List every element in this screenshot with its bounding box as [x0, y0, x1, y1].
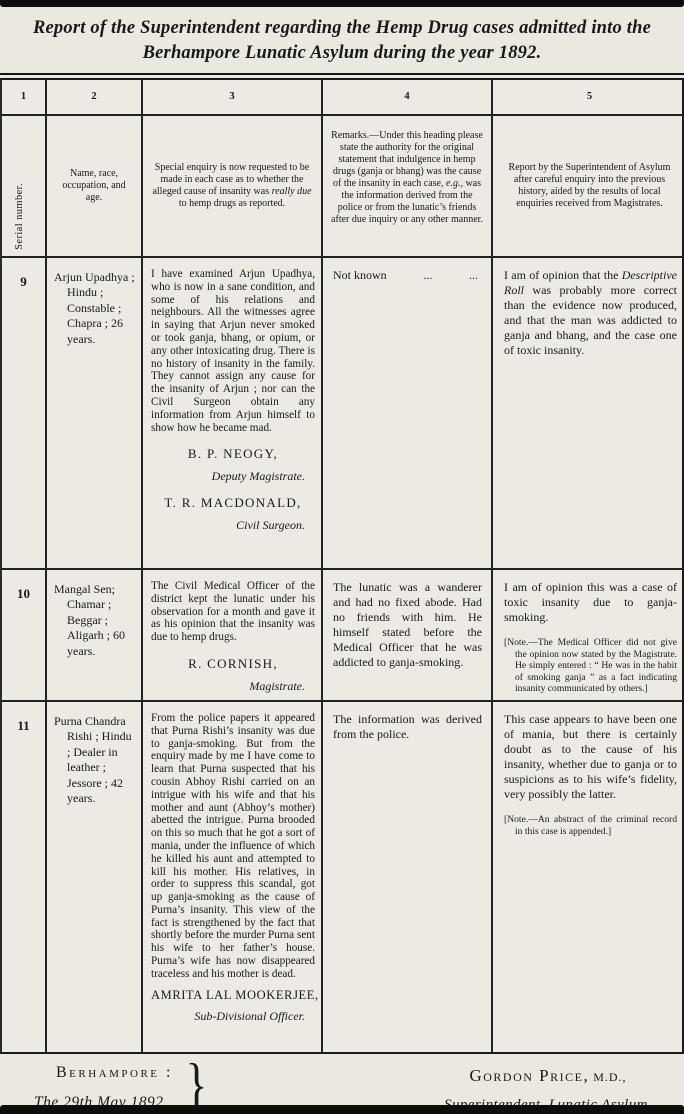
report-note: [Note.—An abstract of the criminal recor…	[504, 814, 677, 837]
report-title: Report of the Superintendent regarding t…	[24, 16, 660, 66]
serial-cell-11: 11	[2, 702, 47, 1052]
document-page: Report of the Superintendent regarding t…	[0, 0, 684, 1114]
remarks-cell-10: The lunatic was a wanderer and had no fi…	[323, 570, 493, 702]
serial-cell-10: 10	[2, 570, 47, 702]
report-note: [Note.—The Medical Officer did not give …	[504, 637, 677, 695]
signature-block: B. P. NEOGY, Deputy Magistrate. T. R. MA…	[151, 448, 315, 531]
signature-block: R. CORNISH, Magistrate.	[151, 658, 315, 693]
header-special-enquiry: Special enquiry is now requested to be m…	[143, 116, 323, 258]
column-number-4: 4	[323, 80, 493, 116]
remarks-text: The information was derived from the pol…	[333, 712, 482, 742]
report-text: I am of opinion this was a case of toxic…	[504, 580, 677, 625]
signature-name: B. P. NEOGY,	[151, 448, 315, 461]
scan-top-edge	[0, 0, 684, 7]
signature-title: Deputy Magistrate.	[151, 470, 315, 483]
serial-number-vertical-label: Serial number.	[14, 183, 25, 250]
remarks-cell-11: The information was derived from the pol…	[323, 702, 493, 1052]
scan-bottom-edge	[0, 1105, 684, 1114]
column-number-2: 2	[47, 80, 143, 116]
report-cell-10: I am of opinion this was a case of toxic…	[493, 570, 684, 702]
enquiry-text: The Civil Medical Officer of the distric…	[151, 580, 315, 644]
report-cell-9: I am of opinion that the Descriptive Rol…	[493, 258, 684, 570]
report-table: 1 2 3 4 5 Serial number. Name, race, occ…	[0, 78, 684, 1054]
column-number-5: 5	[493, 80, 684, 116]
footer-place: Berhampore :	[34, 1064, 173, 1082]
remarks-text: Not known ... ...	[333, 268, 482, 283]
signature-name: T. R. MACDONALD,	[151, 497, 315, 510]
name-cell-10: Mangal Sen; Chamar ; Beggar ; Aligarh ; …	[47, 570, 143, 702]
signature-title: Sub-Divisional Officer.	[151, 1010, 315, 1023]
report-cell-11: This case appears to have been one of ma…	[493, 702, 684, 1052]
remarks-cell-9: Not known ... ...	[323, 258, 493, 570]
header-superintendent-report: Report by the Superintendent of Asylum a…	[493, 116, 684, 258]
column-number-1: 1	[2, 80, 47, 116]
dot-leader: ...	[423, 268, 432, 283]
serial-cell-9: 9	[2, 258, 47, 570]
signature-block: AMRITA LAL MOOKERJEE, Sub-Divisional Off…	[151, 989, 315, 1024]
signature-title: Magistrate.	[151, 680, 315, 693]
enquiry-cell-9: I have examined Arjun Upadhya, who is no…	[143, 258, 323, 570]
enquiry-cell-10: The Civil Medical Officer of the distric…	[143, 570, 323, 702]
header-serial-number: Serial number.	[2, 116, 47, 258]
enquiry-text: From the police papers it appeared that …	[151, 712, 315, 981]
title-rule	[0, 73, 684, 75]
footer-signature-name: Gordon Price,	[469, 1066, 589, 1085]
remarks-text: The lunatic was a wanderer and had no fi…	[333, 580, 482, 670]
header-name-race-occupation: Name, race, occupation, and age.	[47, 116, 143, 258]
name-cell-9: Arjun Upadhya ; Hindu ; Constable ; Chap…	[47, 258, 143, 570]
header-remarks: Remarks.—Under this heading please state…	[323, 116, 493, 258]
report-text: This case appears to have been one of ma…	[504, 712, 677, 802]
signature-name: R. CORNISH,	[151, 658, 315, 671]
footer-signature-degree: M.D.,	[593, 1070, 626, 1084]
column-number-3: 3	[143, 80, 323, 116]
signature-name: AMRITA LAL MOOKERJEE,	[151, 989, 315, 1002]
name-cell-11: Purna Chandra Rishi ; Hindu ; Dealer in …	[47, 702, 143, 1052]
signature-title: Civil Surgeon.	[151, 519, 315, 532]
report-text: I am of opinion that the Descriptive Rol…	[504, 268, 677, 358]
dot-leader: ...	[469, 268, 478, 283]
enquiry-text: I have examined Arjun Upadhya, who is no…	[151, 268, 315, 434]
enquiry-cell-11: From the police papers it appeared that …	[143, 702, 323, 1052]
